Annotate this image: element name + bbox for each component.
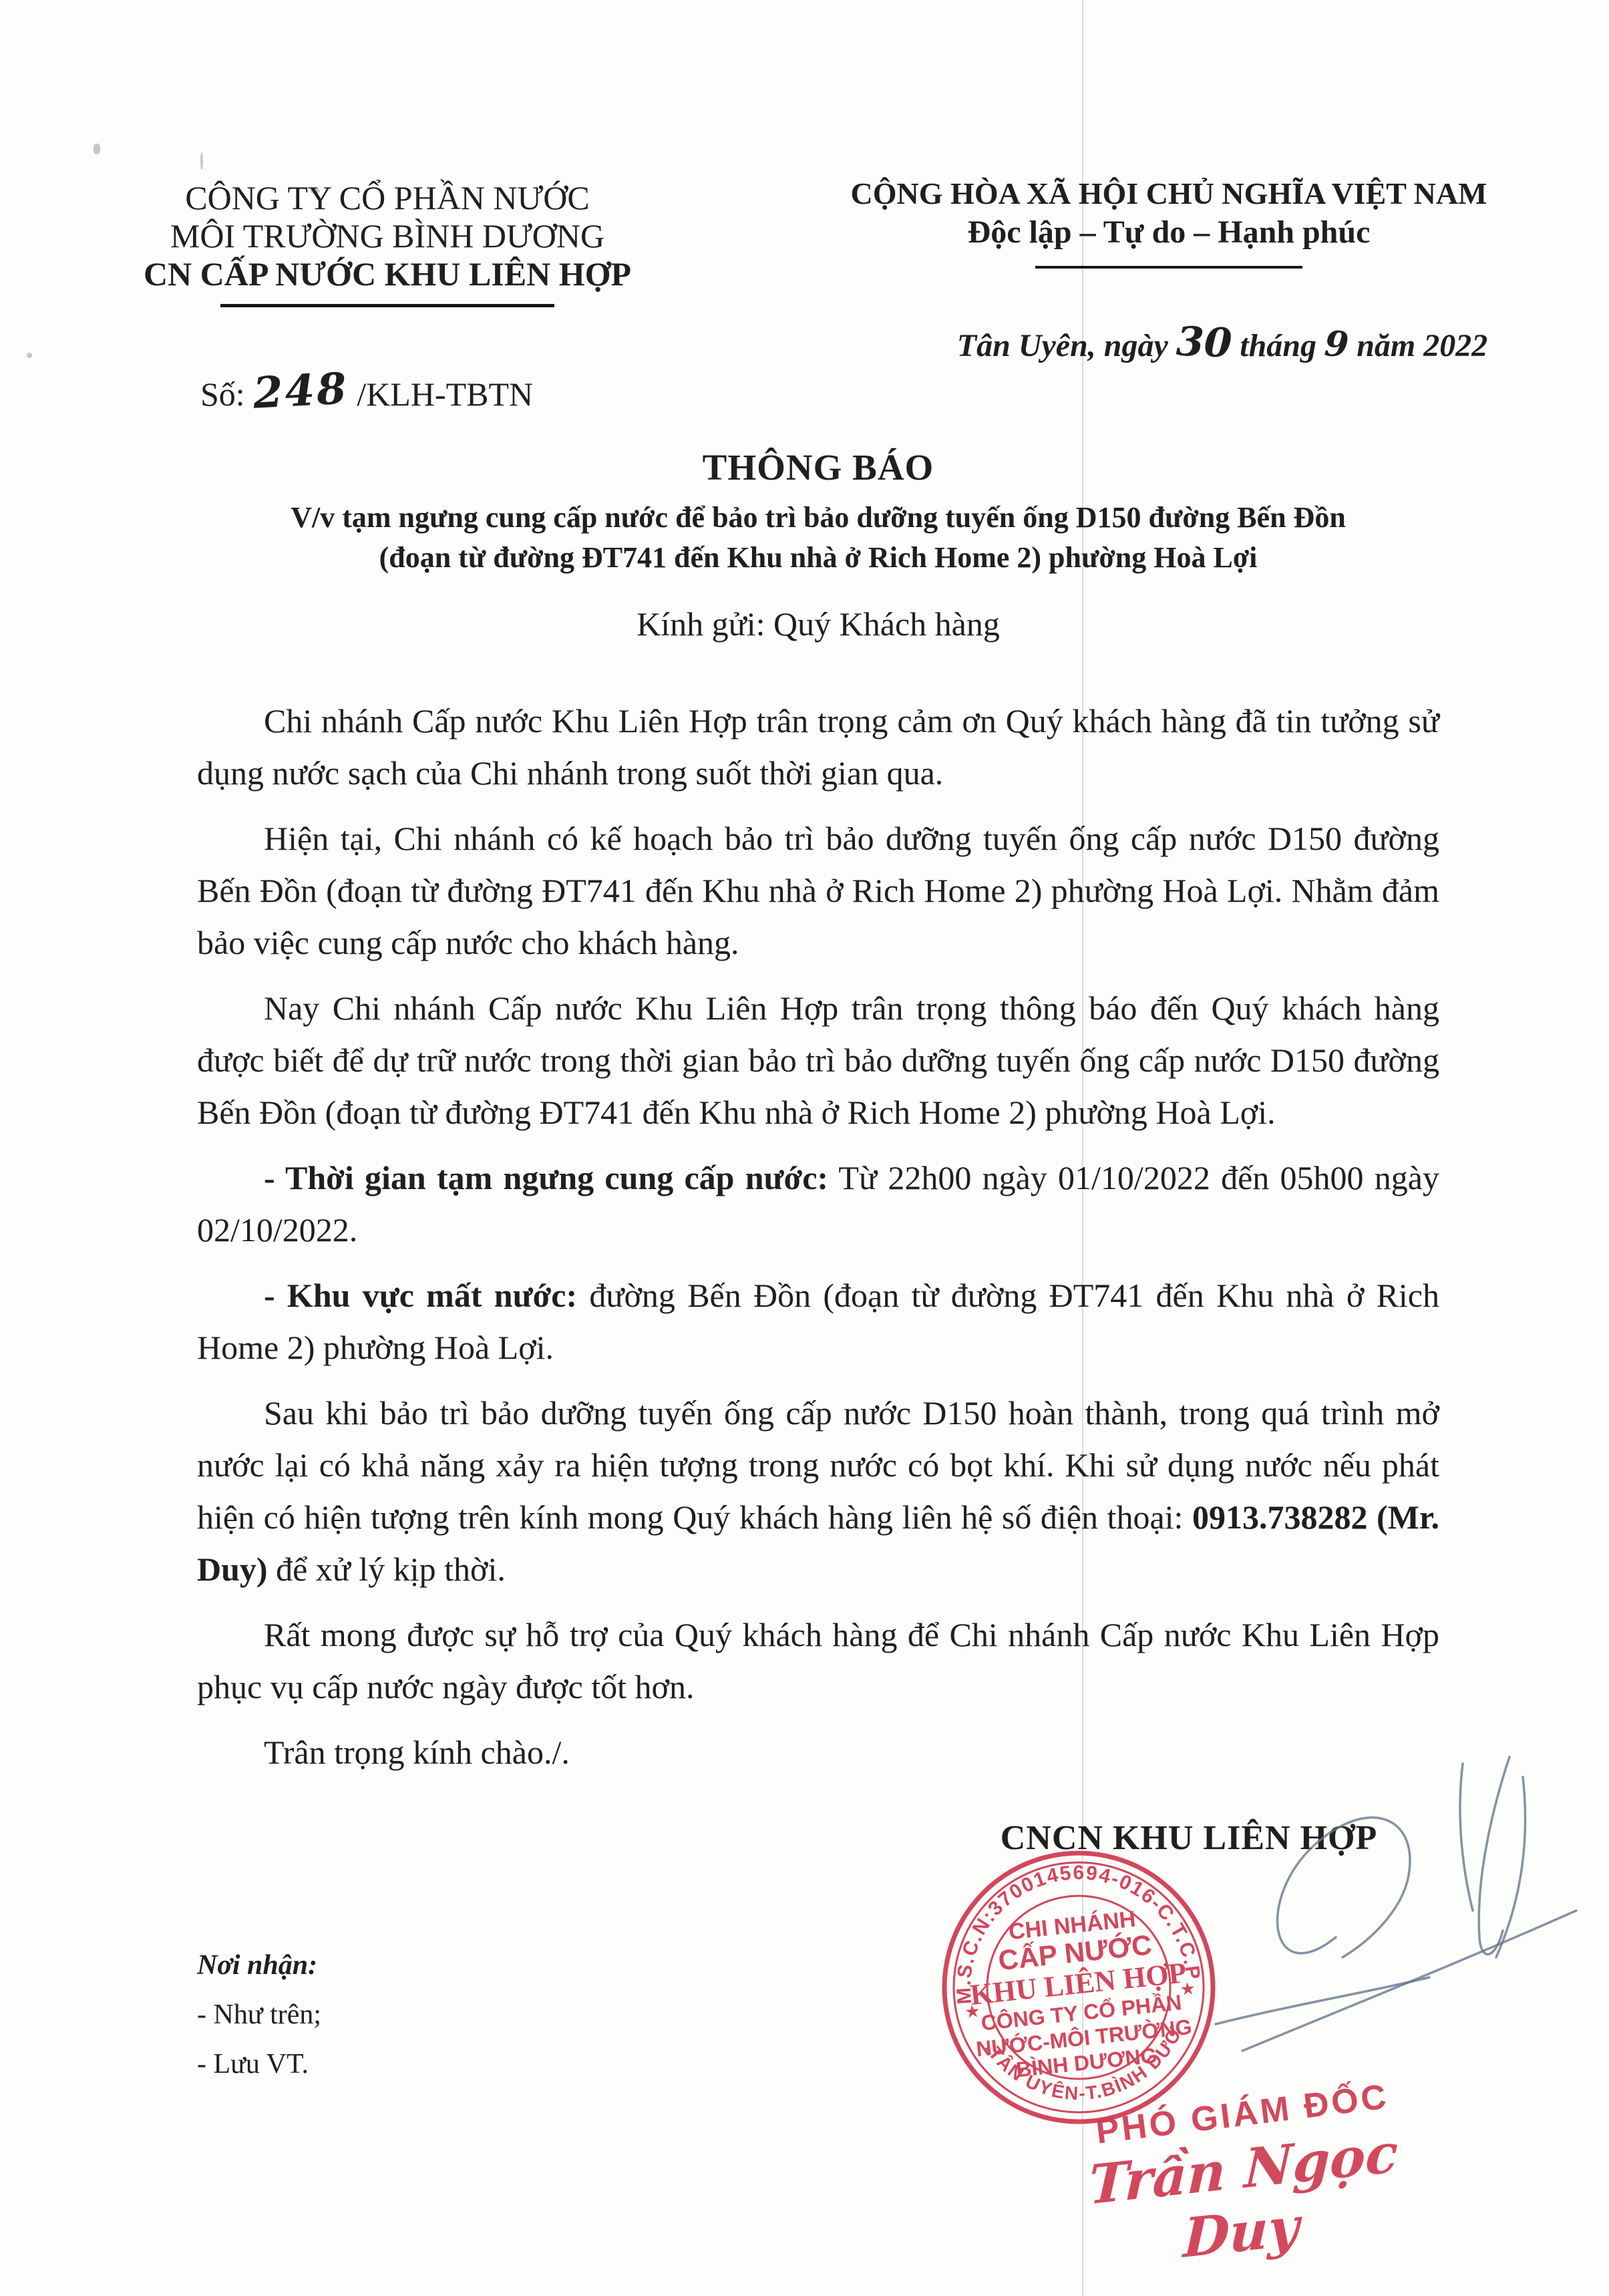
- paragraph-support: Rất mong được sự hỗ trợ của Quý khách hà…: [197, 1609, 1439, 1713]
- dateline-place: Tân Uyên, ngày: [957, 328, 1168, 363]
- document-number: Số: 248 /KLH-TBTN: [200, 366, 533, 416]
- signature-stroke: [1460, 1764, 1473, 1911]
- document-body: Chi nhánh Cấp nước Khu Liên Hợp trân trọ…: [197, 695, 1439, 1792]
- national-motto: Độc lập – Tự do – Hạnh phúc: [795, 212, 1543, 253]
- signature-stroke: [1496, 1777, 1526, 1957]
- national-title: CỘNG HÒA XÃ HỘI CHỦ NGHĨA VIỆT NAM: [795, 175, 1543, 212]
- national-header-rule: [1035, 266, 1302, 269]
- subject-line2: (đoạn từ đường ĐT741 đến Khu nhà ở Rich …: [197, 538, 1439, 578]
- salutation: Kính gửi: Quý Khách hàng: [197, 605, 1439, 643]
- subject-line1: V/v tạm ngưng cung cấp nước để bảo trì b…: [197, 498, 1439, 538]
- signature-stroke: [1242, 1911, 1576, 2051]
- recipients-heading: Nơi nhận:: [197, 1941, 321, 1990]
- org-name-line2: MÔI TRƯỜNG BÌNH DƯƠNG: [120, 217, 655, 255]
- recipient-item: - Lưu VT.: [197, 2039, 321, 2089]
- paragraph-suspension-time: - Thời gian tạm ngưng cung cấp nước: Từ …: [197, 1152, 1439, 1256]
- signature-stroke: [1278, 1818, 1410, 1957]
- document-subject: V/v tạm ngưng cung cấp nước để bảo trì b…: [197, 498, 1439, 578]
- scan-speck: [200, 152, 203, 170]
- paragraph-thanks: Chi nhánh Cấp nước Khu Liên Hợp trân trọ…: [197, 695, 1439, 799]
- signature-stroke: [1479, 1757, 1509, 1954]
- paragraph-contact: Sau khi bảo trì bảo dưỡng tuyến ống cấp …: [197, 1387, 1439, 1595]
- dateline-day-handwritten: 30: [1176, 319, 1233, 367]
- title-block: THÔNG BÁO V/v tạm ngưng cung cấp nước để…: [197, 446, 1439, 578]
- org-branch-line: CN CẤP NƯỚC KHU LIÊN HỢP: [120, 255, 655, 293]
- doc-number-suffix: /KLH-TBTN: [357, 375, 533, 413]
- doc-number-handwritten: 248: [252, 363, 349, 418]
- national-motto-header: CỘNG HÒA XÃ HỘI CHỦ NGHĨA VIỆT NAM Độc l…: [795, 175, 1543, 269]
- recipients-block: Nơi nhận: - Như trên; - Lưu VT.: [197, 1941, 321, 2089]
- recipient-item: - Như trên;: [197, 1990, 321, 2039]
- dateline-month-label: tháng: [1240, 328, 1316, 363]
- doc-number-prefix: Số:: [200, 375, 245, 413]
- dateline-year: năm 2022: [1357, 328, 1487, 363]
- dateline-month-handwritten: 9: [1323, 323, 1350, 365]
- paragraph-plan: Hiện tại, Chi nhánh có kế hoạch bảo trì …: [197, 812, 1439, 969]
- document-title: THÔNG BÁO: [197, 446, 1439, 488]
- scan-speck: [94, 144, 100, 154]
- org-name-line1: CÔNG TY CỔ PHẦN NƯỚC: [120, 179, 655, 217]
- affected-area-label: - Khu vực mất nước:: [264, 1277, 577, 1314]
- org-header-rule: [220, 304, 554, 307]
- issuing-org-header: CÔNG TY CỔ PHẦN NƯỚC MÔI TRƯỜNG BÌNH DƯƠ…: [120, 179, 655, 307]
- pen-signature: [1176, 1737, 1603, 2084]
- suspension-time-label: - Thời gian tạm ngưng cung cấp nước:: [264, 1159, 828, 1196]
- contact-post: để xử lý kịp thời.: [276, 1550, 506, 1588]
- scanned-notice-document: CÔNG TY CỔ PHẦN NƯỚC MÔI TRƯỜNG BÌNH DƯƠ…: [0, 0, 1609, 2296]
- paragraph-announcement: Nay Chi nhánh Cấp nước Khu Liên Hợp trân…: [197, 982, 1439, 1138]
- place-and-date: Tân Uyên, ngày 30 tháng 9 năm 2022: [888, 319, 1556, 366]
- paragraph-affected-area: - Khu vực mất nước: đường Bến Đồn (đoạn …: [197, 1269, 1439, 1373]
- scan-speck: [27, 353, 32, 358]
